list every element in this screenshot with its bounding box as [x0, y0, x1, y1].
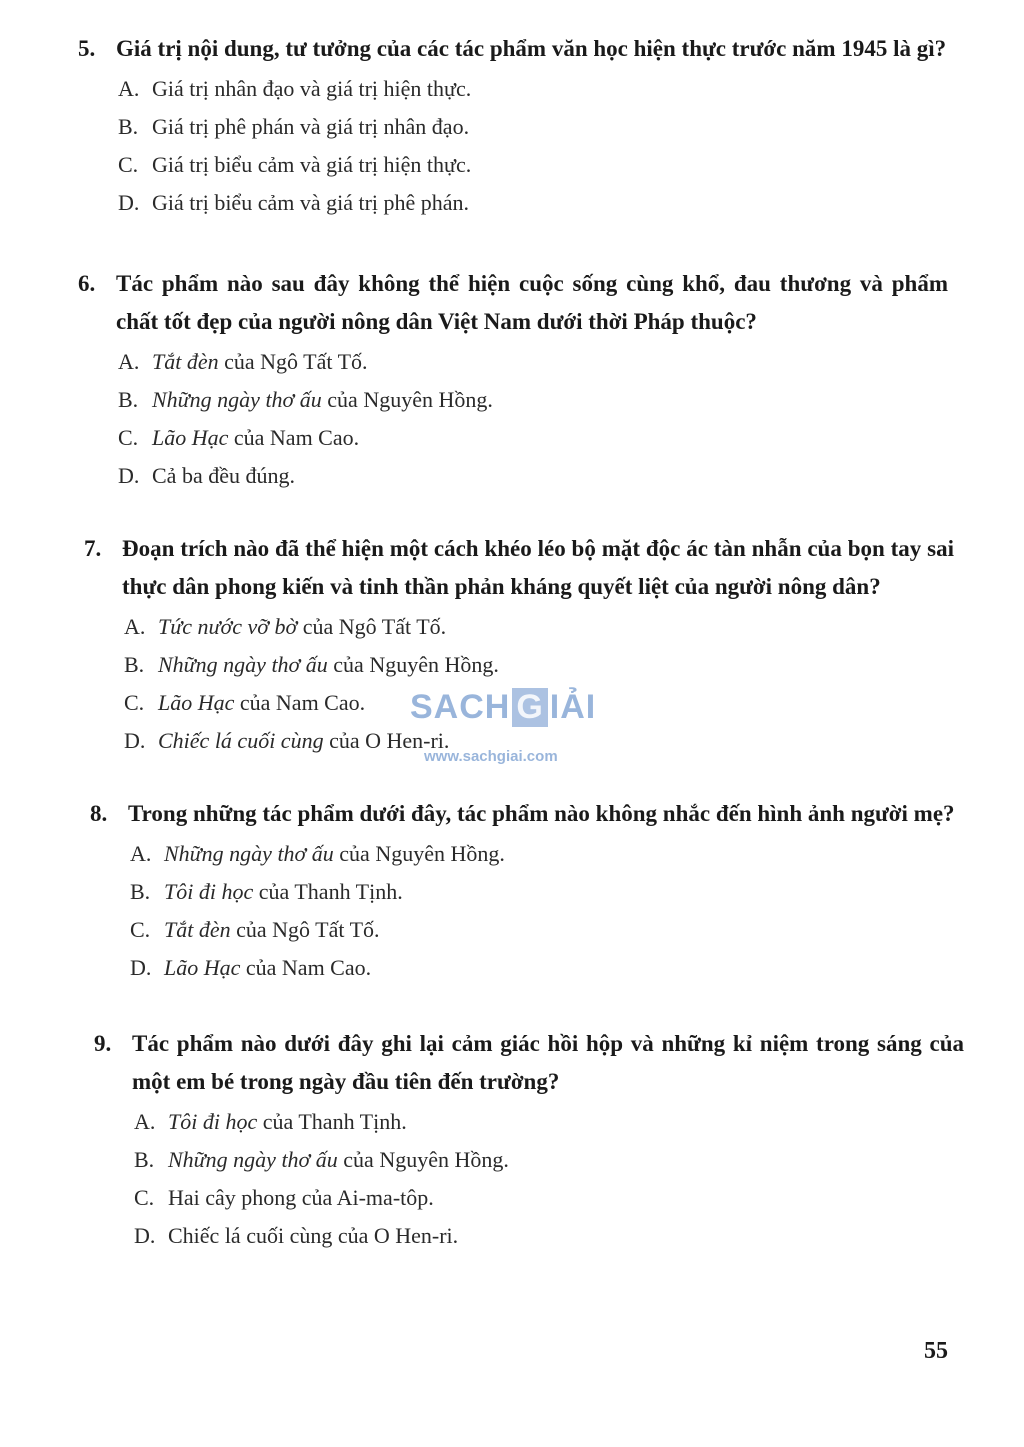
work-title: Lão Hạc: [158, 690, 234, 715]
option-letter: A.: [118, 70, 152, 108]
question-text: Đoạn trích nào đã thể hiện một cách khéo…: [122, 530, 954, 606]
question-8: 8. Trong những tác phẩm dưới đây, tác ph…: [90, 795, 960, 987]
options-list: A.Tức nước vỡ bờ của Ngô Tất Tố. B.Những…: [124, 608, 954, 760]
work-title: Những ngày thơ ấu: [168, 1147, 338, 1172]
option-a: A.Giá trị nhân đạo và giá trị hiện thực.: [118, 70, 948, 108]
work-title: Những ngày thơ ấu: [158, 652, 328, 677]
question-stem: 8. Trong những tác phẩm dưới đây, tác ph…: [90, 795, 960, 833]
option-text: của Nguyên Hồng.: [328, 652, 499, 677]
question-stem: 5. Giá trị nội dung, tư tưởng của các tá…: [78, 30, 948, 68]
option-letter: B.: [130, 873, 164, 911]
option-a: A.Tắt đèn của Ngô Tất Tố.: [118, 343, 948, 381]
work-title: Lão Hạc: [164, 955, 240, 980]
option-letter: D.: [124, 722, 158, 760]
option-text: của O Hen-ri.: [324, 728, 450, 753]
options-list: A.Giá trị nhân đạo và giá trị hiện thực.…: [118, 70, 948, 222]
work-title: Lão Hạc: [152, 425, 228, 450]
option-text: của Thanh Tịnh.: [257, 1109, 407, 1134]
work-title: Những ngày thơ ấu: [164, 841, 334, 866]
option-letter: B.: [134, 1141, 168, 1179]
textbook-page: 5. Giá trị nội dung, tư tưởng của các tá…: [0, 0, 1024, 1447]
option-text: Giá trị phê phán và giá trị nhân đạo.: [152, 114, 469, 139]
option-a: A.Những ngày thơ ấu của Nguyên Hồng.: [130, 835, 960, 873]
option-b: B.Những ngày thơ ấu của Nguyên Hồng.: [124, 646, 954, 684]
option-letter: D.: [118, 457, 152, 495]
question-text: Giá trị nội dung, tư tưởng của các tác p…: [116, 30, 948, 68]
option-text: của Nam Cao.: [234, 690, 365, 715]
option-c: C.Giá trị biểu cảm và giá trị hiện thực.: [118, 146, 948, 184]
option-letter: A.: [118, 343, 152, 381]
options-list: A.Tôi đi học của Thanh Tịnh. B.Những ngà…: [134, 1103, 964, 1255]
question-5: 5. Giá trị nội dung, tư tưởng của các tá…: [78, 30, 948, 222]
work-title: Tức nước vỡ bờ: [158, 614, 297, 639]
option-letter: B.: [118, 381, 152, 419]
work-title: Tôi đi học: [164, 879, 253, 904]
option-letter: A.: [130, 835, 164, 873]
option-letter: C.: [130, 911, 164, 949]
option-b: B.Những ngày thơ ấu của Nguyên Hồng.: [118, 381, 948, 419]
option-text: của Ngô Tất Tố.: [231, 917, 380, 942]
option-c: C.Hai cây phong của Ai-ma-tôp.: [134, 1179, 964, 1217]
question-text: Trong những tác phẩm dưới đây, tác phẩm …: [128, 795, 960, 833]
work-title: Tắt đèn: [152, 349, 219, 374]
question-6: 6. Tác phẩm nào sau đây không thể hiện c…: [78, 265, 948, 495]
option-text: Giá trị biểu cảm và giá trị hiện thực.: [152, 152, 471, 177]
option-d: D.Lão Hạc của Nam Cao.: [130, 949, 960, 987]
option-text: Hai cây phong của Ai-ma-tôp.: [168, 1185, 434, 1210]
question-stem: 7. Đoạn trích nào đã thể hiện một cách k…: [84, 530, 954, 606]
option-letter: D.: [130, 949, 164, 987]
option-letter: A.: [124, 608, 158, 646]
option-text: Giá trị biểu cảm và giá trị phê phán.: [152, 190, 469, 215]
question-text: Tác phẩm nào sau đây không thể hiện cuộc…: [116, 265, 948, 341]
option-a: A.Tôi đi học của Thanh Tịnh.: [134, 1103, 964, 1141]
work-title: Tôi đi học: [168, 1109, 257, 1134]
option-b: B.Những ngày thơ ấu của Nguyên Hồng.: [134, 1141, 964, 1179]
option-text: của Nguyên Hồng.: [338, 1147, 509, 1172]
question-text: Tác phẩm nào dưới đây ghi lại cảm giác h…: [132, 1025, 964, 1101]
question-stem: 9. Tác phẩm nào dưới đây ghi lại cảm giá…: [94, 1025, 964, 1101]
option-b: B.Giá trị phê phán và giá trị nhân đạo.: [118, 108, 948, 146]
option-letter: A.: [134, 1103, 168, 1141]
question-number: 6.: [78, 265, 116, 341]
option-letter: C.: [118, 146, 152, 184]
options-list: A.Những ngày thơ ấu của Nguyên Hồng. B.T…: [130, 835, 960, 987]
question-stem: 6. Tác phẩm nào sau đây không thể hiện c…: [78, 265, 948, 341]
option-text: Cả ba đều đúng.: [152, 463, 295, 488]
option-text: của Nguyên Hồng.: [322, 387, 493, 412]
option-letter: B.: [124, 646, 158, 684]
option-c: C.Tắt đèn của Ngô Tất Tố.: [130, 911, 960, 949]
option-c: C.Lão Hạc của Nam Cao.: [124, 684, 954, 722]
option-d: D.Chiếc lá cuối cùng của O Hen-ri.: [124, 722, 954, 760]
option-d: D.Chiếc lá cuối cùng của O Hen-ri.: [134, 1217, 964, 1255]
option-letter: C.: [124, 684, 158, 722]
option-letter: C.: [118, 419, 152, 457]
work-title: Những ngày thơ ấu: [152, 387, 322, 412]
option-text: của Ngô Tất Tố.: [219, 349, 368, 374]
work-title: Tắt đèn: [164, 917, 231, 942]
option-letter: D.: [134, 1217, 168, 1255]
option-text: của Nam Cao.: [228, 425, 359, 450]
option-a: A.Tức nước vỡ bờ của Ngô Tất Tố.: [124, 608, 954, 646]
option-c: C.Lão Hạc của Nam Cao.: [118, 419, 948, 457]
option-d: D.Giá trị biểu cảm và giá trị phê phán.: [118, 184, 948, 222]
options-list: A.Tắt đèn của Ngô Tất Tố. B.Những ngày t…: [118, 343, 948, 495]
option-text: của Thanh Tịnh.: [253, 879, 403, 904]
work-title: Chiếc lá cuối cùng: [158, 728, 324, 753]
option-text: Chiếc lá cuối cùng của O Hen-ri.: [168, 1223, 458, 1248]
option-text: của Ngô Tất Tố.: [297, 614, 446, 639]
question-7: 7. Đoạn trích nào đã thể hiện một cách k…: [84, 530, 954, 760]
option-b: B.Tôi đi học của Thanh Tịnh.: [130, 873, 960, 911]
question-number: 7.: [84, 530, 122, 606]
option-text: Giá trị nhân đạo và giá trị hiện thực.: [152, 76, 471, 101]
question-9: 9. Tác phẩm nào dưới đây ghi lại cảm giá…: [94, 1025, 964, 1255]
option-letter: D.: [118, 184, 152, 222]
option-text: của Nam Cao.: [240, 955, 371, 980]
option-d: D.Cả ba đều đúng.: [118, 457, 948, 495]
option-letter: B.: [118, 108, 152, 146]
question-number: 9.: [94, 1025, 132, 1101]
question-number: 5.: [78, 30, 116, 68]
question-number: 8.: [90, 795, 128, 833]
option-text: của Nguyên Hồng.: [334, 841, 505, 866]
page-number: 55: [924, 1338, 948, 1365]
option-letter: C.: [134, 1179, 168, 1217]
